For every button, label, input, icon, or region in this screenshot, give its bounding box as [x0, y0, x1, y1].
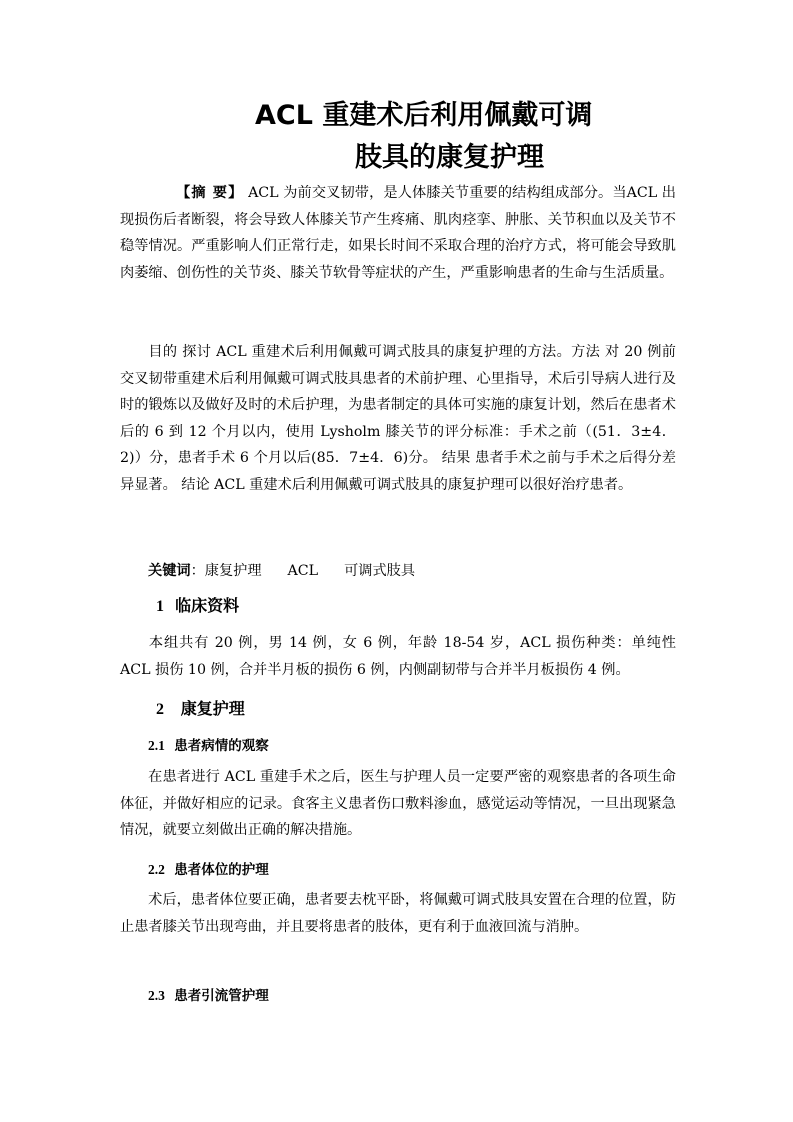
document-title-line-2: 肢具的康复护理 [355, 140, 793, 176]
subsection-title: 患者病情的观察 [174, 738, 269, 754]
section-heading-1: 1 临床资料 [156, 594, 239, 619]
section-1-paragraph: 本组共有 20 例，男 14 例，女 6 例，年龄 18-54 岁，ACL 损伤… [120, 630, 676, 683]
subsection-2-2-text: 术后，患者体位要正确，患者要去枕平卧，将佩戴可调式肢具安置在合理的位置，防止患者… [120, 892, 676, 935]
subsection-2-1-paragraph: 在患者进行 ACL 重建手术之后，医生与护理人员一定要严密的观察患者的各项生命体… [120, 764, 676, 844]
document-title-line-1: ACL 重建术后利用佩戴可调 [255, 98, 793, 134]
keywords-line: 关键词：康复护理ACL可调式肢具 [120, 558, 676, 585]
keyword-item: 康复护理 [205, 563, 262, 579]
keyword-item: ACL [288, 563, 319, 579]
subsection-number: 2.2 [148, 862, 165, 877]
section-number: 1 [156, 598, 164, 615]
subsection-title: 患者体位的护理 [174, 862, 269, 878]
keywords-label: 关键词 [148, 563, 191, 579]
subsection-number: 2.1 [148, 738, 165, 753]
abstract-label: 【摘 要】 [176, 185, 243, 201]
abstract-summary-paragraph: 目的 探讨 ACL 重建术后利用佩戴可调式肢具的康复护理的方法。方法 对 20 … [120, 339, 676, 499]
section-1-text: 本组共有 20 例，男 14 例，女 6 例，年龄 18-54 岁，ACL 损伤… [120, 635, 676, 678]
section-heading-2: 2 康复护理 [156, 697, 245, 722]
abstract-summary-text: 目的 探讨 ACL 重建术后利用佩戴可调式肢具的康复护理的方法。方法 对 20 … [120, 344, 676, 493]
keyword-item: 可调式肢具 [344, 563, 415, 579]
subsection-heading-2-2: 2.2 患者体位的护理 [148, 859, 269, 881]
subsection-2-2-paragraph: 术后，患者体位要正确，患者要去枕平卧，将佩戴可调式肢具安置在合理的位置，防止患者… [120, 887, 676, 940]
keywords-separator: ： [191, 563, 205, 579]
section-title: 康复护理 [181, 699, 245, 718]
subsection-heading-2-3: 2.3 患者引流管护理 [148, 985, 269, 1007]
section-number: 2 [156, 701, 164, 718]
section-title: 临床资料 [175, 596, 239, 615]
subsection-number: 2.3 [148, 988, 165, 1003]
subsection-title: 患者引流管护理 [174, 988, 269, 1004]
abstract-paragraph: 【摘 要】 ACL 为前交叉韧带，是人体膝关节重要的结构组成部分。当ACL 出现… [120, 180, 676, 286]
subsection-heading-2-1: 2.1 患者病情的观察 [148, 735, 269, 757]
subsection-2-1-text: 在患者进行 ACL 重建手术之后，医生与护理人员一定要严密的观察患者的各项生命体… [120, 769, 676, 838]
